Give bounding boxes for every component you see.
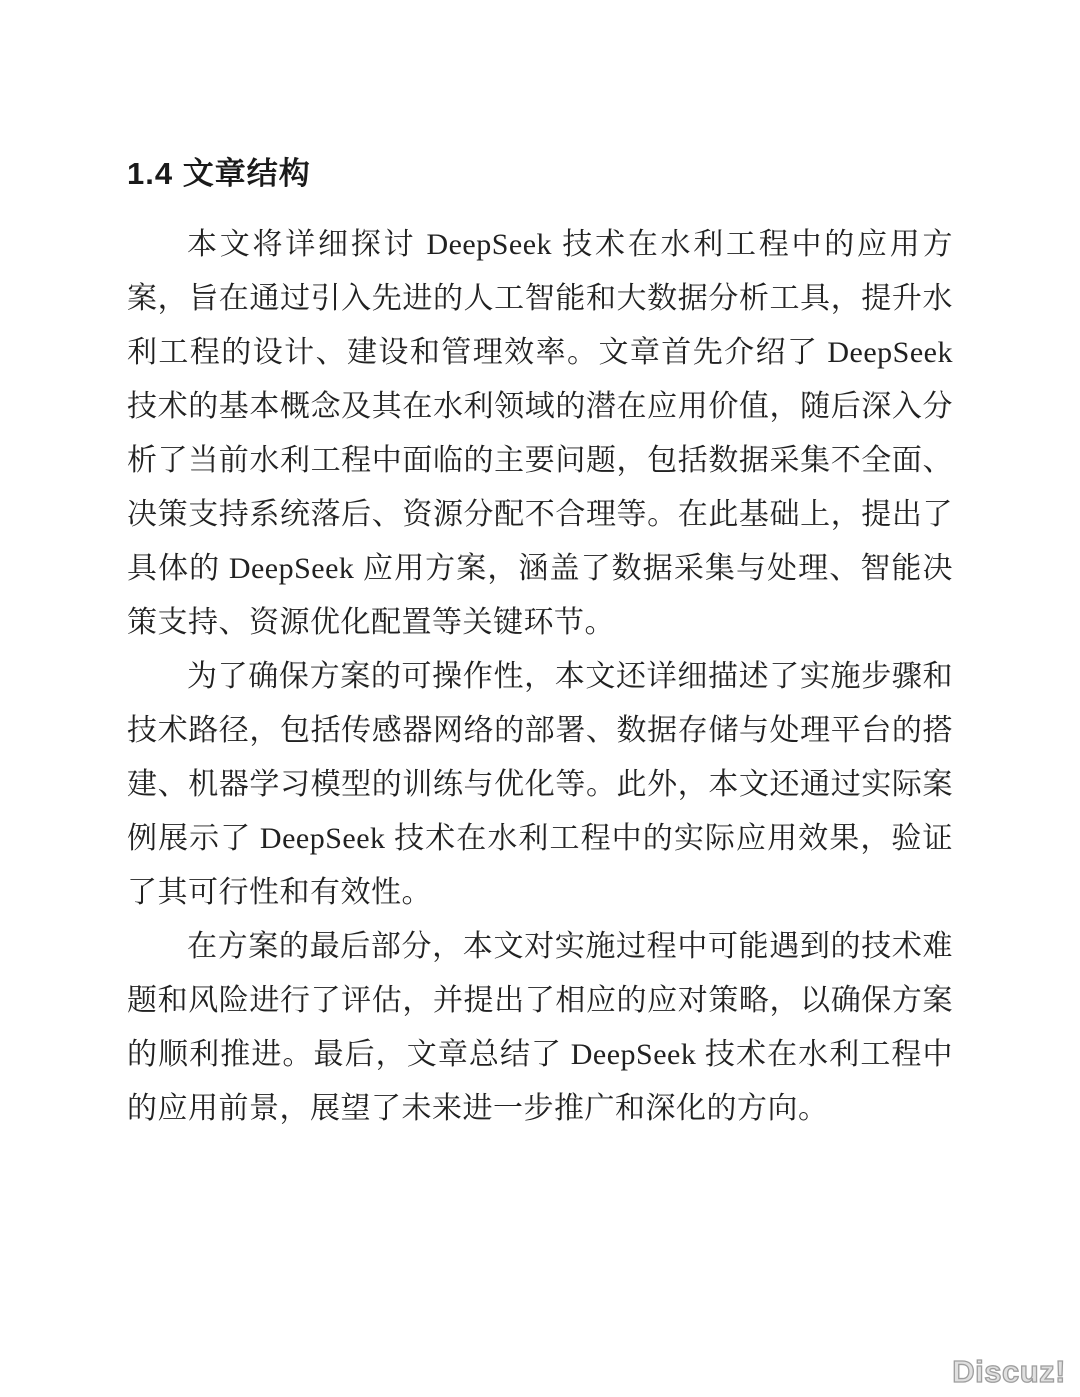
paragraph-1: 本文将详细探讨 DeepSeek 技术在水利工程中的应用方案，旨在通过引入先进的… — [127, 218, 953, 650]
document-page: 1.4 文章结构 本文将详细探讨 DeepSeek 技术在水利工程中的应用方案，… — [0, 0, 1080, 1397]
section-heading: 1.4 文章结构 — [127, 156, 953, 192]
discuz-watermark: Discuz! — [952, 1354, 1066, 1390]
document-content: 1.4 文章结构 本文将详细探讨 DeepSeek 技术在水利工程中的应用方案，… — [127, 156, 953, 1136]
section-body: 本文将详细探讨 DeepSeek 技术在水利工程中的应用方案，旨在通过引入先进的… — [127, 218, 953, 1136]
paragraph-3: 在方案的最后部分，本文对实施过程中可能遇到的技术难题和风险进行了评估，并提出了相… — [127, 920, 953, 1136]
paragraph-2: 为了确保方案的可操作性，本文还详细描述了实施步骤和技术路径，包括传感器网络的部署… — [127, 650, 953, 920]
